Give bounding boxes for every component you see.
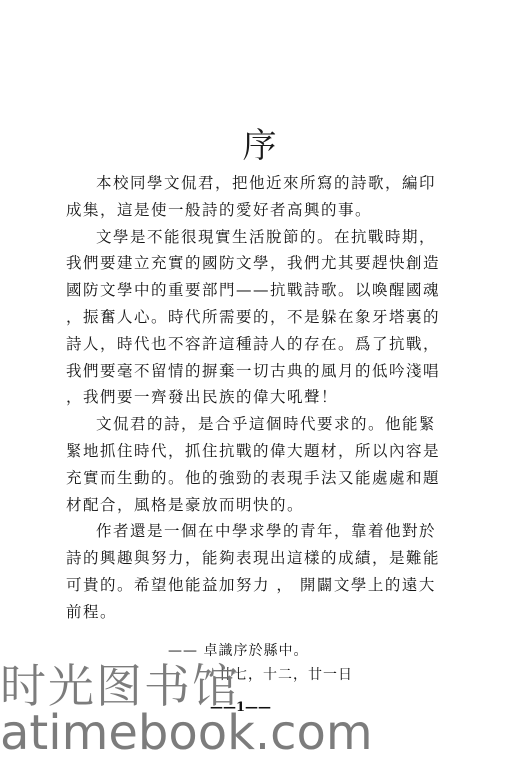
text-line: 我們要毫不留情的摒棄一切古典的風月的低吟淺唱 [66,358,444,385]
document-page: 序 本校同學文侃君，把他近來所寫的詩歌，編印 成集，這是使一般詩的愛好者高興的事… [0,0,519,768]
text-line: 成集，這是使一般詩的愛好者高興的事。 [66,197,444,224]
text-line: ，振奮人心。時代所需要的，不是躲在象牙塔裏的 [66,304,444,331]
text-line: 前程。 [66,599,444,626]
text-line: 我們要建立充實的國防文學，我們尤其要趕快創造 [66,250,444,277]
text-line: 詩的興趣與努力，能夠表現出這樣的成績，是難能 [66,545,444,572]
text-line: 國防文學中的重要部門——抗戰詩歌。以喚醒國魂 [66,277,444,304]
text-line: 緊地抓住時代，抓住抗戰的偉大題材，所以內容是 [66,438,444,465]
text-line: 可貴的。希望他能益加努力 ， 開闢文學上的遠大 [66,572,444,599]
text-line: 本校同學文侃君，把他近來所寫的詩歌，編印 [66,170,444,197]
text-line: 作者還是一個在中學求學的青年，靠着他對於 [66,518,444,545]
text-line: ，我們要一齊發出民族的偉大吼聲！ [66,384,444,411]
text-line: 材配合，風格是豪放而明快的。 [66,492,444,519]
preface-title: 序 [0,118,519,167]
text-line: 充實而生動的。他的強勁的表現手法又能處處和題 [66,465,444,492]
preface-body: 本校同學文侃君，把他近來所寫的詩歌，編印 成集，這是使一般詩的愛好者高興的事。 … [66,170,444,626]
text-line: 文侃君的詩，是合乎這個時代要求的。他能緊 [66,411,444,438]
text-line: 詩人，時代也不容許這種詩人的存在。爲了抗戰， [66,331,444,358]
text-line: 文學是不能很現實生活脫節的。在抗戰時期， [66,224,444,251]
watermark-english: atimebook.com [0,705,373,761]
